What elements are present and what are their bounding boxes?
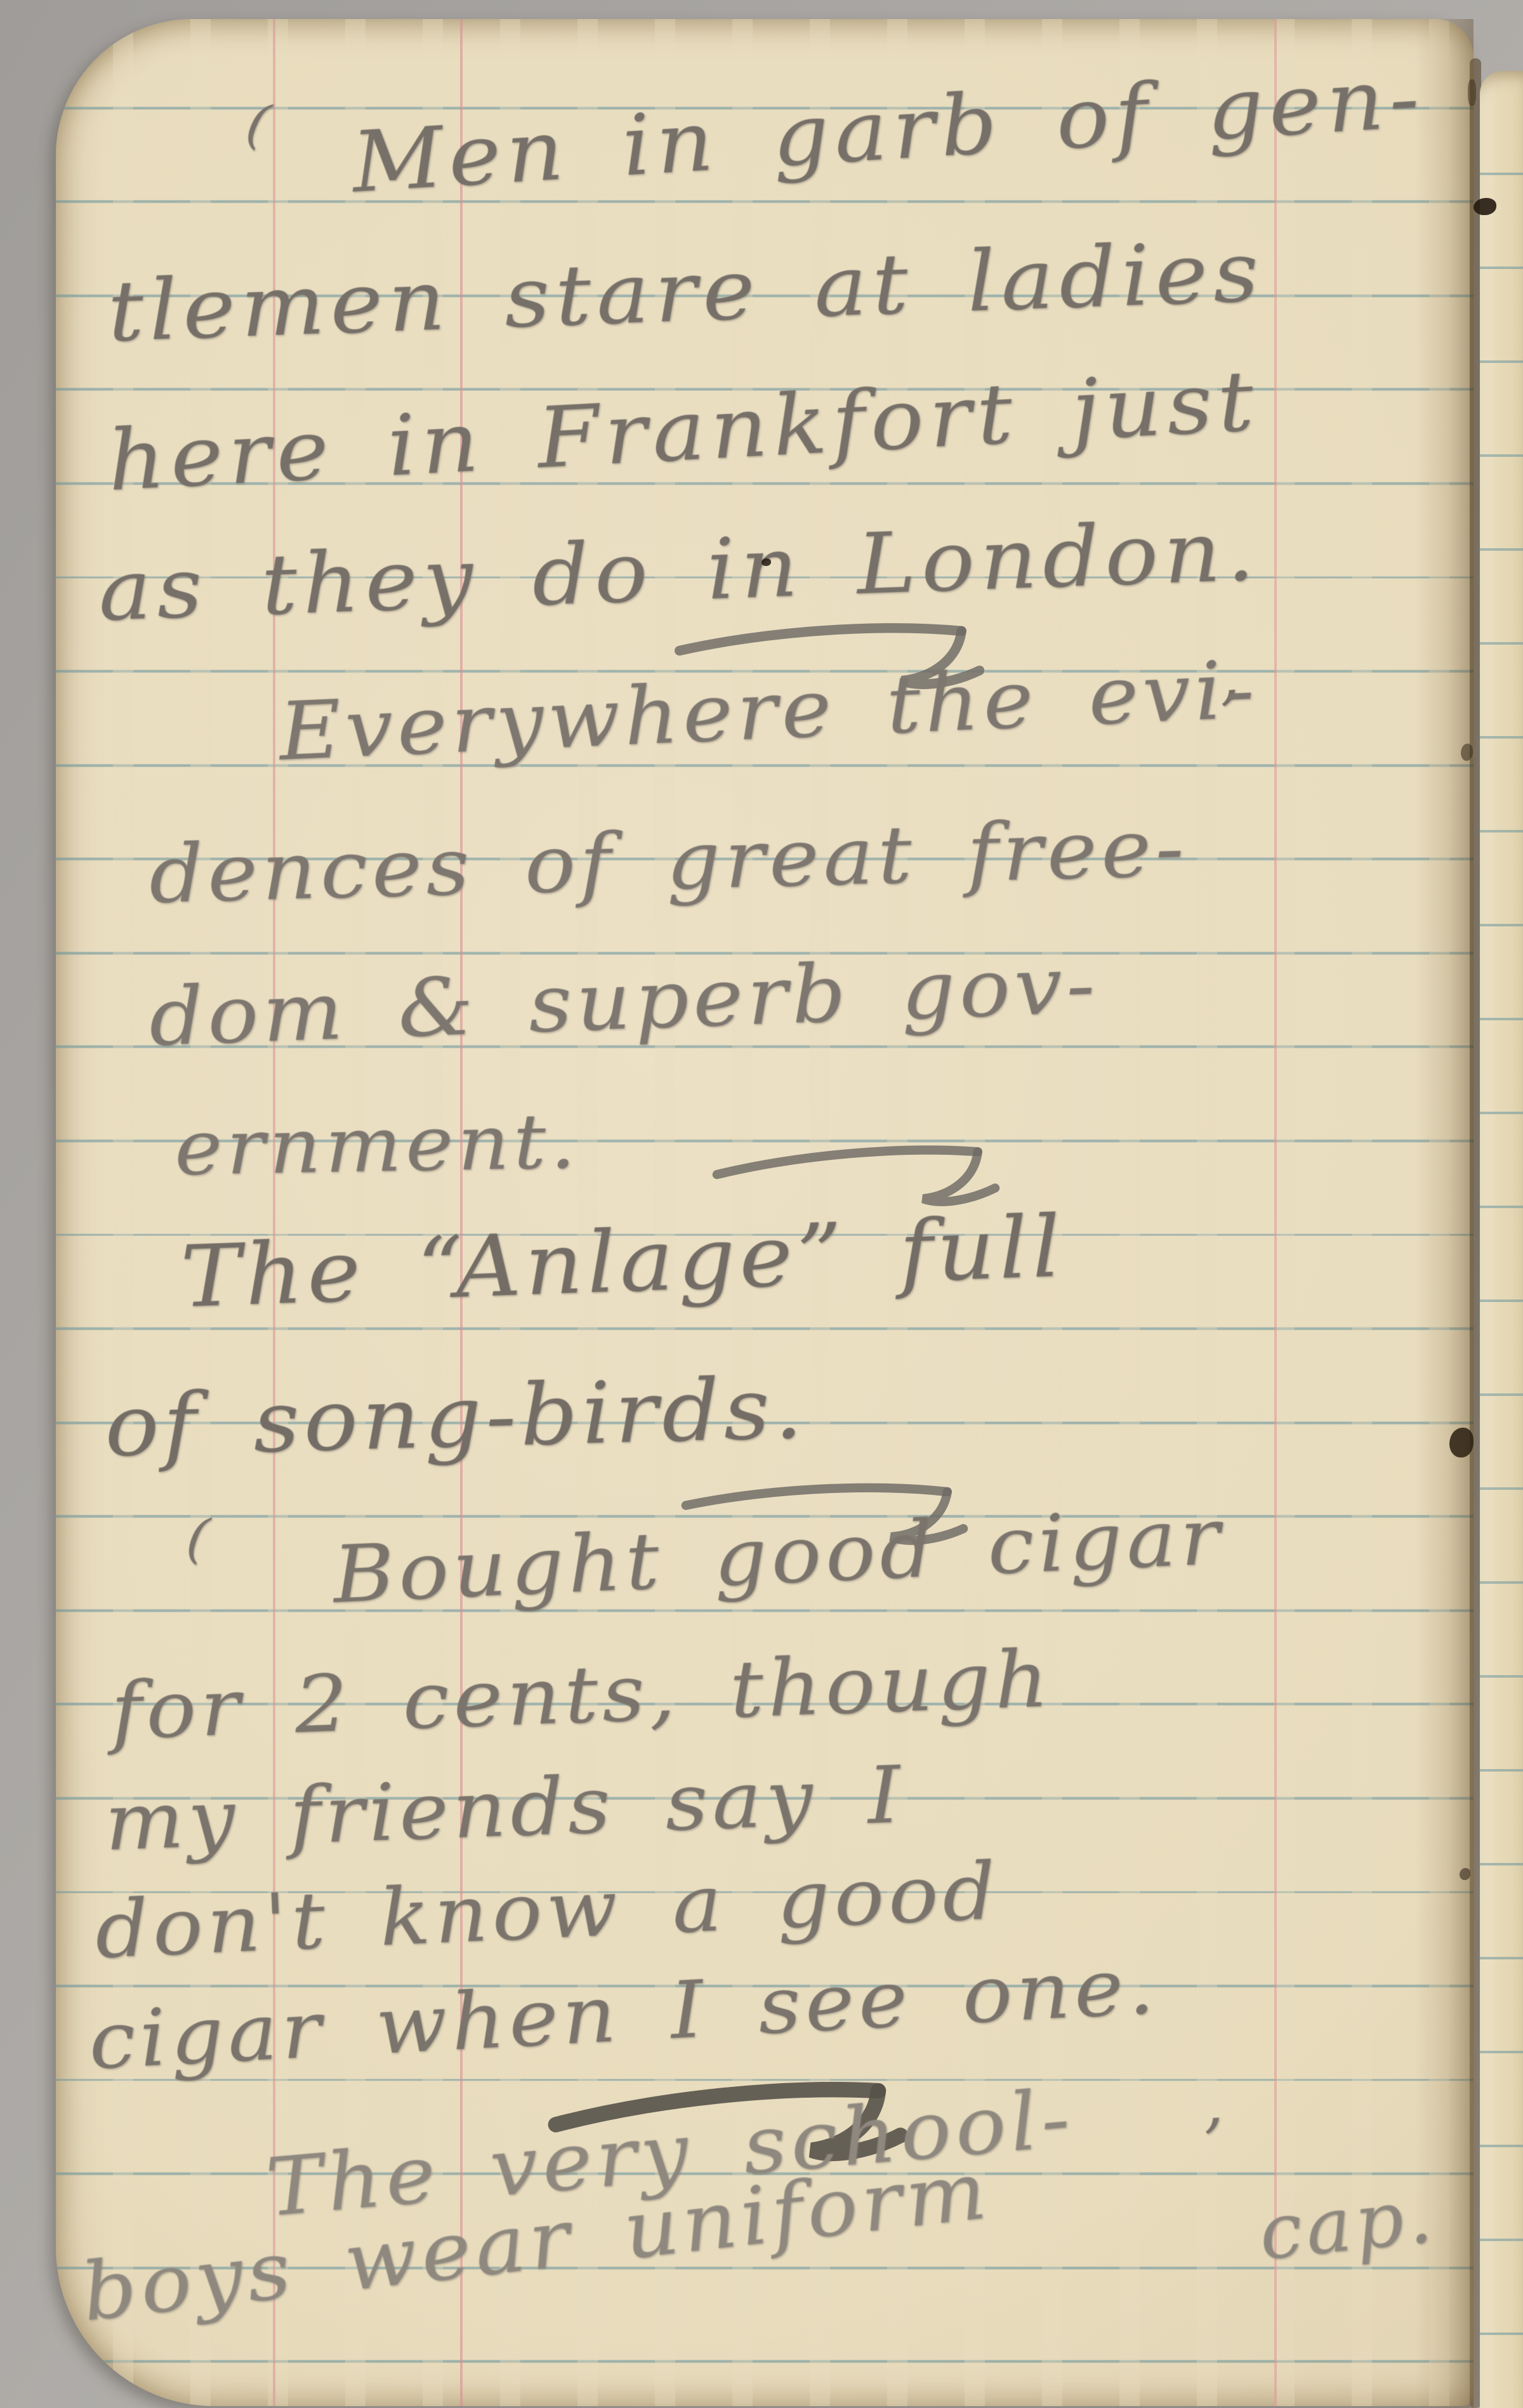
adjacent-page-edge: [1480, 71, 1523, 2408]
handwriting-line: ernment.: [174, 1103, 580, 1188]
margin-line-right: [1274, 19, 1277, 2406]
pencil-stray-comma: ,: [1200, 2070, 1229, 2136]
age-spot: [1461, 744, 1473, 761]
handwriting-line: of song-birds.: [103, 1365, 807, 1470]
gutter-shadow: [1415, 19, 1474, 2408]
stitch-mark: [1468, 79, 1476, 106]
scanned-notebook-photo: ( Men in garb of gen- tlemen stare at la…: [0, 0, 1523, 2408]
age-spot: [1460, 1868, 1470, 1880]
age-spot: [1474, 198, 1496, 215]
ink-speck: [762, 558, 771, 566]
age-spot: [1449, 1428, 1474, 1457]
handwriting-line: cap.: [1256, 2177, 1439, 2273]
adjacent-page-ruled-lines: [1480, 71, 1523, 2408]
